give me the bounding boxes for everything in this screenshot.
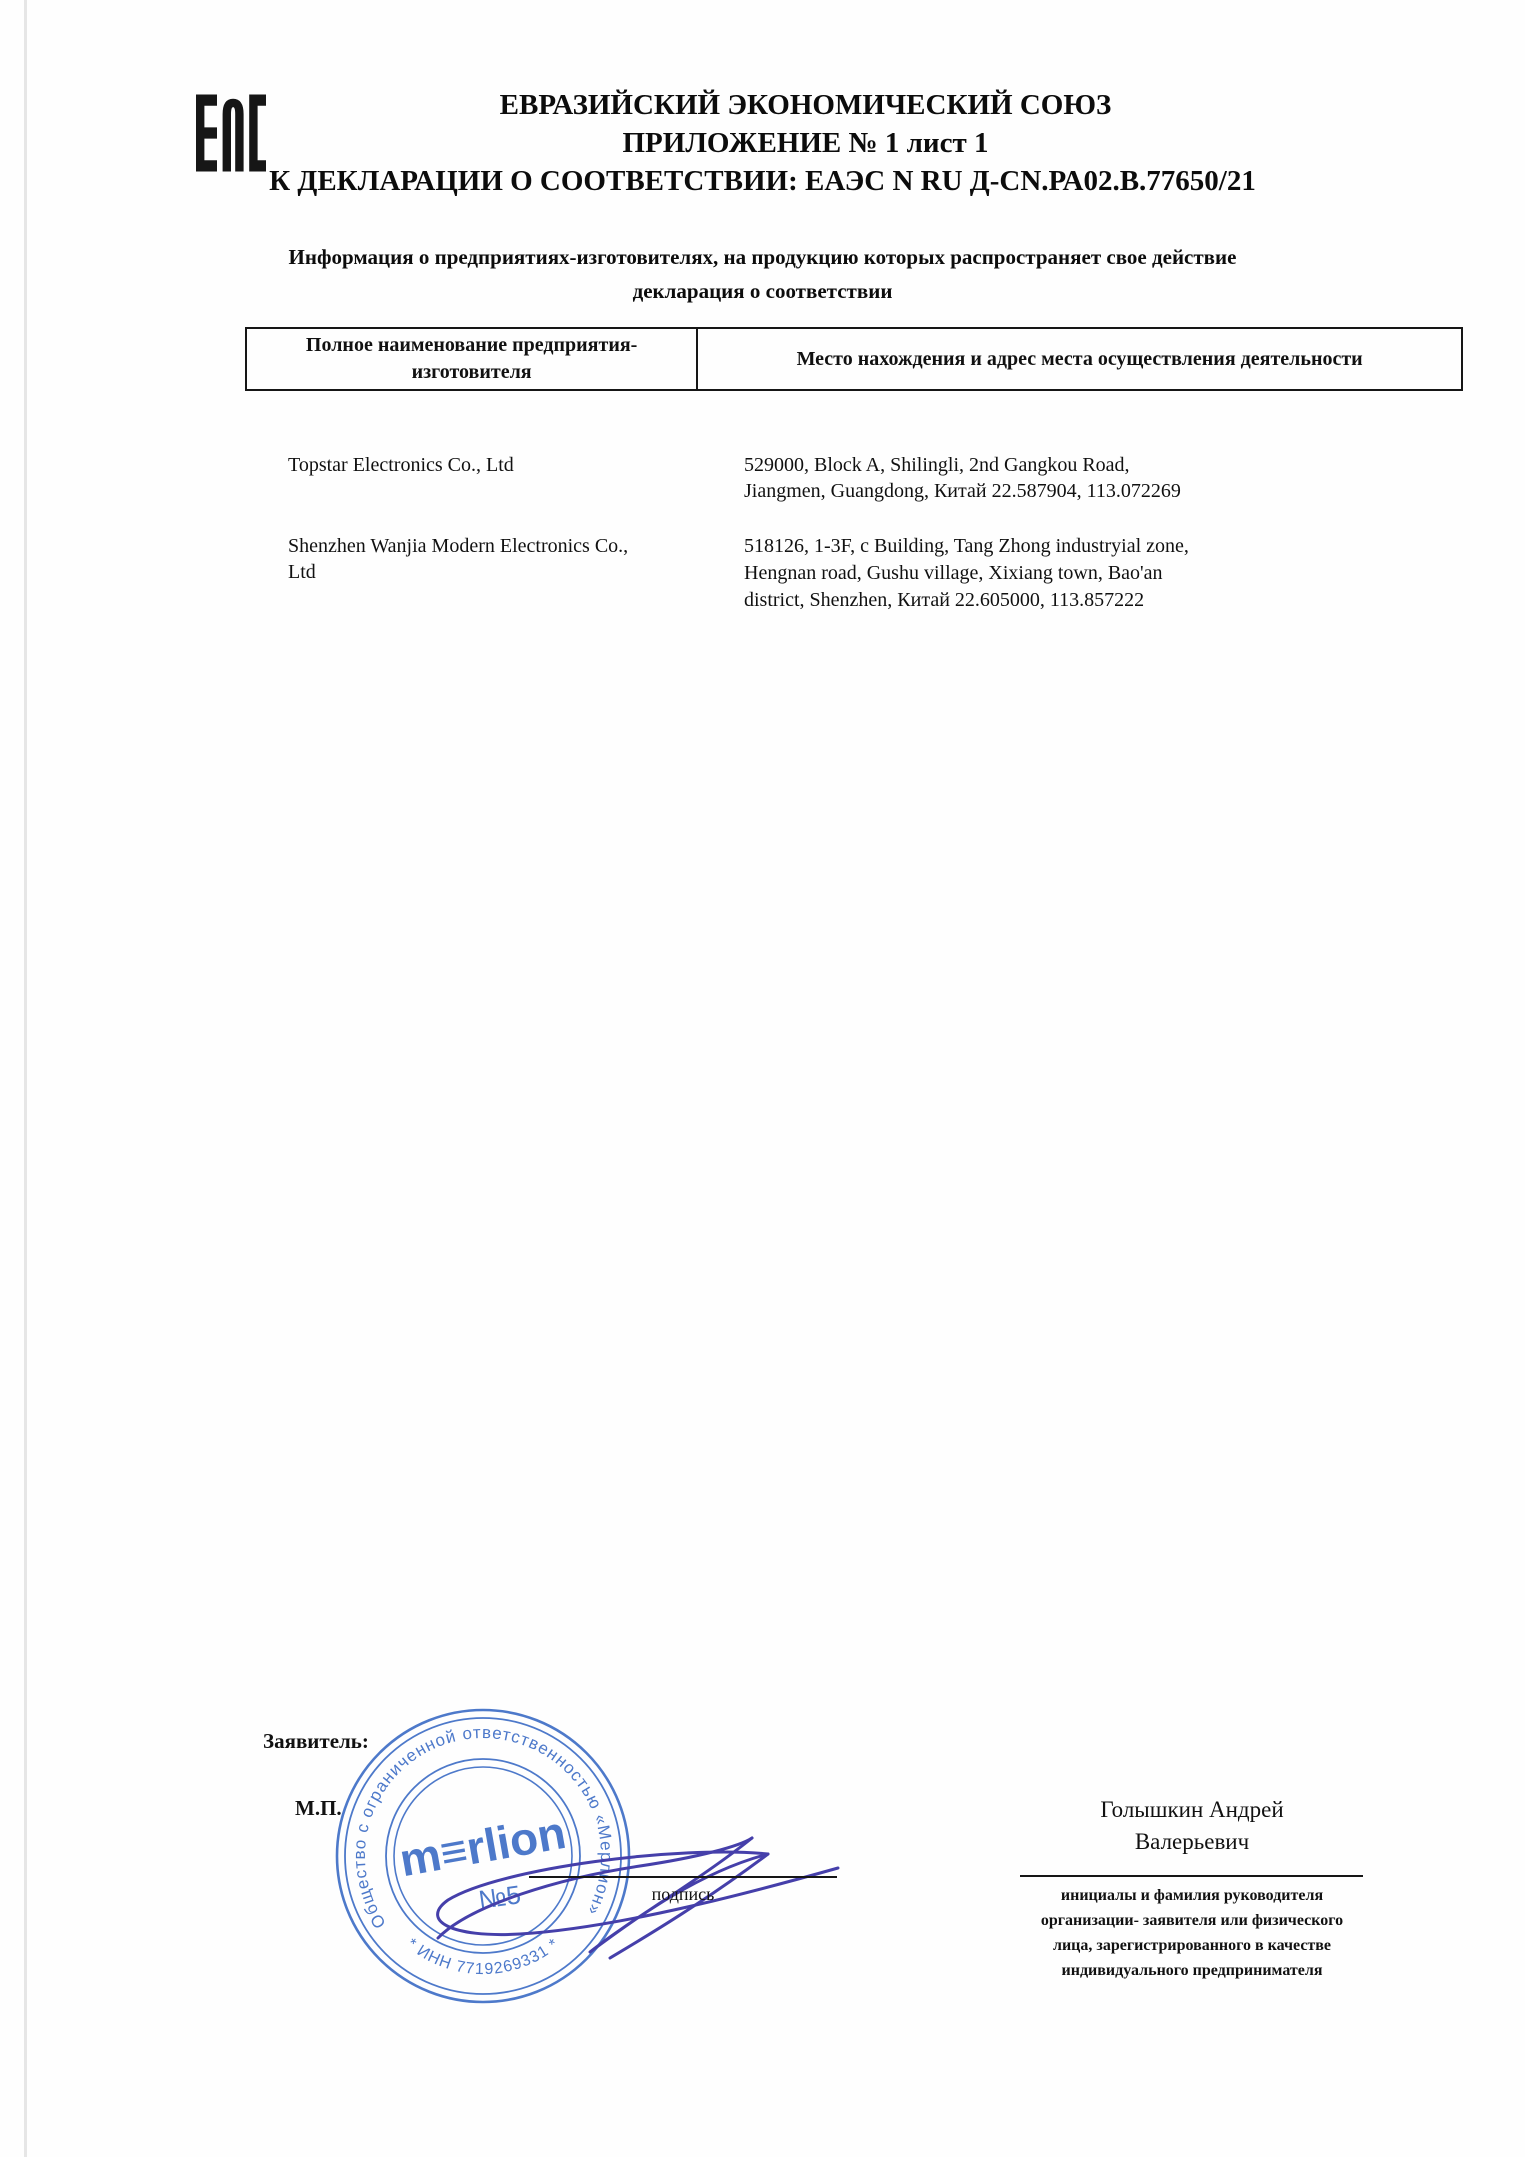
table-row-address: 518126, 1-3F, c Building, Tang Zhong ind… (744, 533, 1244, 614)
scan-edge-shadow (24, 0, 27, 2157)
head-name-line (1020, 1875, 1363, 1877)
table-row-manufacturer: Topstar Electronics Co., Ltd (288, 452, 718, 478)
declaration-appendix-page: ЕВРАЗИЙСКИЙ ЭКОНОМИЧЕСКИЙ СОЮЗ ПРИЛОЖЕНИ… (0, 0, 1525, 2157)
signature-line (529, 1876, 837, 1878)
table-row-address: 529000, Block A, Shilingli, 2nd Gangkou … (744, 452, 1244, 504)
title-declaration-number-line: К ДЕКЛАРАЦИИ О СООТВЕТСТВИИ: ЕАЭС N RU Д… (0, 162, 1525, 200)
table-header-address: Место нахождения и адрес места осуществл… (698, 329, 1461, 389)
title-appendix-line: ПРИЛОЖЕНИЕ № 1 лист 1 (43, 124, 1525, 162)
document-subtitle: Информация о предприятиях-изготовителях,… (0, 240, 1525, 308)
manufacturers-table-header: Полное наименование предприятия- изготов… (245, 327, 1463, 391)
head-name: Голышкин Андрей Валерьевич (1012, 1794, 1372, 1858)
head-name-caption: инициалы и фамилия руководителя организа… (1012, 1883, 1372, 1983)
table-header-manufacturer: Полное наименование предприятия- изготов… (247, 329, 698, 389)
title-union-line: ЕВРАЗИЙСКИЙ ЭКОНОМИЧЕСКИЙ СОЮЗ (43, 86, 1525, 124)
table-row-manufacturer: Shenzhen Wanjia Modern Electronics Co., … (288, 533, 718, 585)
signature-caption: подпись (529, 1884, 837, 1905)
document-title: ЕВРАЗИЙСКИЙ ЭКОНОМИЧЕСКИЙ СОЮЗ ПРИЛОЖЕНИ… (0, 86, 1525, 200)
